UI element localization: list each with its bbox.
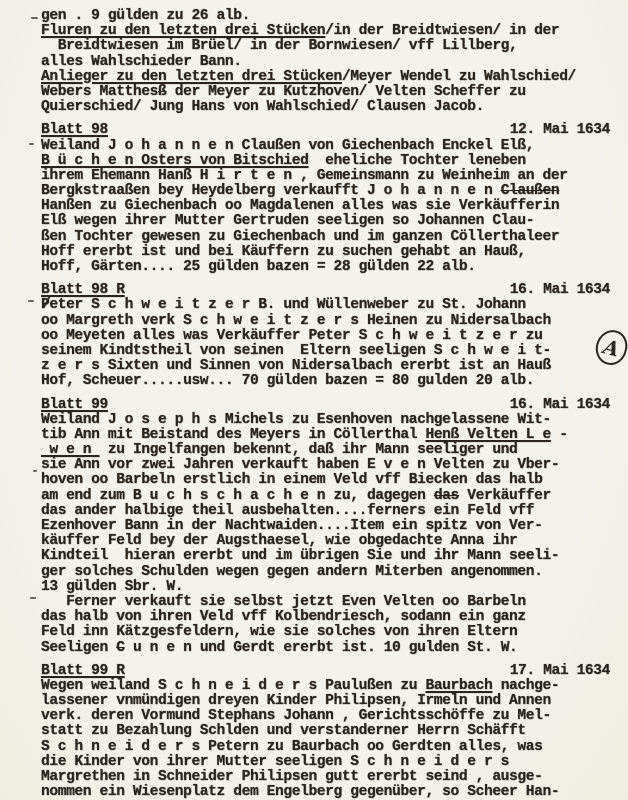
text-segment: oo Margreth verk S c h w e i t z e r s H… [41, 313, 551, 329]
underlined-text: w e n [41, 442, 100, 458]
text-segment: das halb von ihren Veld vff Kolbendriesc… [41, 609, 526, 625]
text-segment: tib Ann mit Beistand des Meyers in Cölle… [41, 427, 425, 443]
text-line: alles Wahlschieder Bann. [41, 55, 616, 70]
margin-annotation-letter: A [601, 334, 622, 361]
text-segment: Peter S c h w e i t z e r B. und Wüllenw… [41, 297, 526, 313]
text-segment: Quierschied/ Jung Hans von Wahlschied/ C… [41, 99, 484, 115]
text-line: Anlieger zu den letzten drei Stücken/Mey… [41, 70, 616, 85]
text-line: Hoff ererbt ist und bei Käuffern zu such… [41, 245, 616, 260]
text-segment: Verkäuffer [459, 488, 551, 504]
text-segment: alles Wahlschieder Bann. [41, 54, 242, 70]
text-line: ßen Tochter gewesen zu Giechenbach und i… [41, 230, 616, 245]
text-segment: - [551, 427, 568, 443]
section-title: Blatt 99 R [41, 664, 125, 679]
text-line: lassener vnmündigen dreyen Kinder Philip… [41, 694, 616, 709]
text-line: seinem Kindtstheil von seinen Eltern see… [41, 344, 616, 359]
text-segment: Ferner verkauft sie selbst jetzt Even Ve… [41, 594, 526, 610]
section-date: 17. Mai 1634 [510, 664, 610, 679]
section-date: 12. Mai 1634 [510, 123, 610, 138]
text-line: oo Margreth verk S c h w e i t z e r s H… [41, 314, 616, 329]
text-segment: sie Ann vor zwei Jahren verkauft haben E… [41, 457, 559, 473]
text-line: w e n zu Ingelfangen bekennt, daß ihr Ma… [41, 443, 616, 458]
underlined-text: Baurbach [425, 678, 492, 694]
text-line: 13 gülden Sbr. W. [41, 580, 616, 595]
text-segment: oo Meyeten alles was Verkäuffer Peter S … [41, 328, 542, 344]
text-segment: Feld inn Kätzgesfeldern, wie sie solches… [41, 624, 517, 640]
scan-speck [31, 17, 38, 19]
text-segment: nachge- [492, 678, 559, 694]
text-segment: statt zu Bezahlung Schlden und verstande… [41, 723, 526, 739]
underlined-text: Fluren zu den letzten drei Stücken [41, 23, 325, 39]
text-segment: z e r s Sixten und Sinnen von Nidersalba… [41, 358, 551, 374]
text-line: Webers Matthesß der Meyer zu Kutzhoven/ … [41, 85, 616, 100]
text-line: am end zum B u c h s c h a c h e n zu, d… [41, 489, 616, 504]
text-line: die Kinder von ihrer Mutter seeligen S c… [41, 755, 616, 770]
text-line: Wegen weiland S c h n e i d e r s Pauluß… [41, 679, 616, 694]
scan-speck [33, 470, 37, 472]
text-line: B ü c h e n Osters von Bitschied ehelich… [41, 154, 616, 169]
scan-speck [28, 300, 34, 302]
text-line: Bergkstraaßen bey Heydelberg verkaufft J… [41, 184, 616, 199]
section-title: Blatt 99 [41, 398, 108, 413]
text-segment: zu Ingelfangen bekennt, daß ihr Mann see… [100, 442, 518, 458]
text-segment: nommen ein Wiesenplatz dem Engelberg geg… [41, 784, 559, 800]
text-segment: Margrethen in Schneider Philipsen gutt e… [41, 769, 542, 785]
text-line: Hof, Scheuer.....usw... 70 gülden bazen … [41, 374, 616, 389]
struck-overtyped-text: das [434, 488, 459, 504]
text-line: S c h n e i d e r s Petern zu Baurbach o… [41, 740, 616, 755]
struck-overtyped-text: Claußen [501, 183, 560, 199]
text-segment: Weiland J o s e p h s Michels zu Esenhov… [41, 412, 551, 428]
text-line: /Peter S c h w e i t z e r B. und Wüllen… [41, 298, 616, 313]
text-segment: verk. deren Vormund Stephans Johann , Ge… [41, 708, 551, 724]
text-line: Seeligen C u n e n und Gerdt ererbt ist.… [41, 641, 616, 656]
section-header-blatt-99-r: Blatt 99 R17. Mai 1634 [41, 664, 616, 679]
text-line: ihrem Ehemann Hanß H i r t e n , Gemeins… [41, 169, 616, 184]
text-segment: Webers Matthes [41, 84, 158, 100]
text-segment: seinem Kindtstheil von seinen Eltern see… [41, 343, 551, 359]
text-line: Kindteil hieran ererbt und im übrigen Si… [41, 549, 616, 564]
text-line: oo Meyeten alles was Verkäuffer Peter S … [41, 329, 616, 344]
text-segment: Hanßen zu Giechenbach oo Magdalenen alle… [41, 198, 559, 214]
text-line: Hoff, Gärten.... 25 gülden bazen = 28 gü… [41, 260, 616, 275]
scan-speck [29, 143, 34, 145]
text-segment: Kindteil hieran ererbt und im übrigen Si… [41, 548, 559, 564]
text-segment: ger solches Schulden wegen gegen andern … [41, 564, 542, 580]
section-header-blatt-98: Blatt 9812. Mai 1634 [41, 123, 616, 138]
text-line: nommen ein Wiesenplatz dem Engelberg geg… [41, 785, 616, 800]
underlined-text: Henß Velten L e [425, 427, 550, 443]
text-segment: der Meyer zu Kutzhoven/ Velten Scheffer … [166, 84, 525, 100]
text-line: Ferner verkauft sie selbst jetzt Even Ve… [41, 595, 616, 610]
text-segment: Hoff ererbt ist und bei Käuffern zu such… [41, 244, 526, 260]
text-segment: Bergkstraaßen bey Heydelberg verkaufft J… [41, 183, 501, 199]
text-line: Breidtwiesen im Brüel/ in der Bornwiesen… [41, 39, 616, 54]
text-segment: /in der Breidtwiesen/ in der [325, 23, 559, 39]
underlined-text: B ü c h e n Osters von Bitschied [41, 153, 308, 169]
text-segment: am end zum B u c h s c h a c h e n zu, d… [41, 488, 434, 504]
text-segment: gen . 9 gülden zu 26 alb. [41, 8, 250, 24]
text-line: hoven oo Barbeln erstlich in einem Veld … [41, 473, 616, 488]
text-segment: u n e n und Gerdt ererbt ist. 10 gulden … [125, 640, 518, 656]
text-line: Elß wegen ihrer Mutter Gertruden seelige… [41, 214, 616, 229]
text-segment: käuffer Feld bey der Augsthaesel, wie ob… [41, 533, 517, 549]
text-segment: ihrem Ehemann Hanß H i r t e n , Gemeins… [41, 168, 568, 184]
struck-overtyped-text: C [116, 640, 124, 656]
text-segment: Ezenhover Bann in der Nachtwaiden....Ite… [41, 518, 542, 534]
section-title: Blatt 98 [41, 123, 108, 138]
text-segment: ßen Tochter gewesen zu Giechenbach und i… [41, 229, 559, 245]
text-line: das ander halbige theil ausbehalten....f… [41, 504, 616, 519]
text-line: Ezenhover Bann in der Nachtwaiden....Ite… [41, 519, 616, 534]
section-date: 16. Mai 1634 [510, 398, 610, 413]
text-line: Feld inn Kätzgesfeldern, wie sie solches… [41, 625, 616, 640]
text-segment: hoven oo Barbeln erstlich in einem Veld … [41, 472, 542, 488]
text-line: Quierschied/ Jung Hans von Wahlschied/ C… [41, 100, 616, 115]
text-line: statt zu Bezahlung Schlden und verstande… [41, 724, 616, 739]
text-line: gen . 9 gülden zu 26 alb. [41, 9, 616, 24]
text-segment: Seeligen [41, 640, 116, 656]
scanned-typescript-page: gen . 9 gülden zu 26 alb.Fluren zu den l… [0, 0, 628, 800]
text-line: Weiland J o s e p h s Michels zu Esenhov… [41, 413, 616, 428]
document-text: gen . 9 gülden zu 26 alb.Fluren zu den l… [41, 9, 616, 800]
underlined-text: Anlieger zu den letzten drei Stücken [41, 69, 342, 85]
text-segment: Weiland J o h a n n e n Claußen von Giec… [41, 138, 534, 154]
text-segment: S c h n e i d e r s Petern zu Baurbach o… [41, 739, 542, 755]
text-line: Weiland J o h a n n e n Claußen von Giec… [41, 139, 616, 154]
scan-speck [30, 597, 36, 599]
text-segment: Wegen weiland S c h n e i d e r s Pauluß… [41, 678, 425, 694]
text-segment: /Meyer Wendel zu Wahlschied/ [342, 69, 576, 85]
text-line: Margrethen in Schneider Philipsen gutt e… [41, 770, 616, 785]
text-segment: Elß wegen ihrer Mutter Gertruden seelige… [41, 213, 534, 229]
section-header-blatt-99: Blatt 9916. Mai 1634 [41, 398, 616, 413]
text-segment: die Kinder von ihrer Mutter seeligen S c… [41, 754, 509, 770]
text-line: ger solches Schulden wegen gegen andern … [41, 565, 616, 580]
text-segment: das ander halbige theil ausbehalten....f… [41, 503, 534, 519]
text-segment: lassener vnmündigen dreyen Kinder Philip… [41, 693, 551, 709]
text-segment: Hof, Scheuer.....usw... 70 gülden bazen … [41, 373, 534, 389]
text-segment: eheliche Tochter leneben [308, 153, 525, 169]
text-segment: 13 gülden Sbr. W. [41, 579, 183, 595]
text-segment: Breidtwiesen im Brüel/ in der Bornwiesen… [41, 38, 517, 54]
text-segment: Hoff, Gärten.... 25 gülden bazen = 28 gü… [41, 259, 476, 275]
text-line: tib Ann mit Beistand des Meyers in Cölle… [41, 428, 616, 443]
